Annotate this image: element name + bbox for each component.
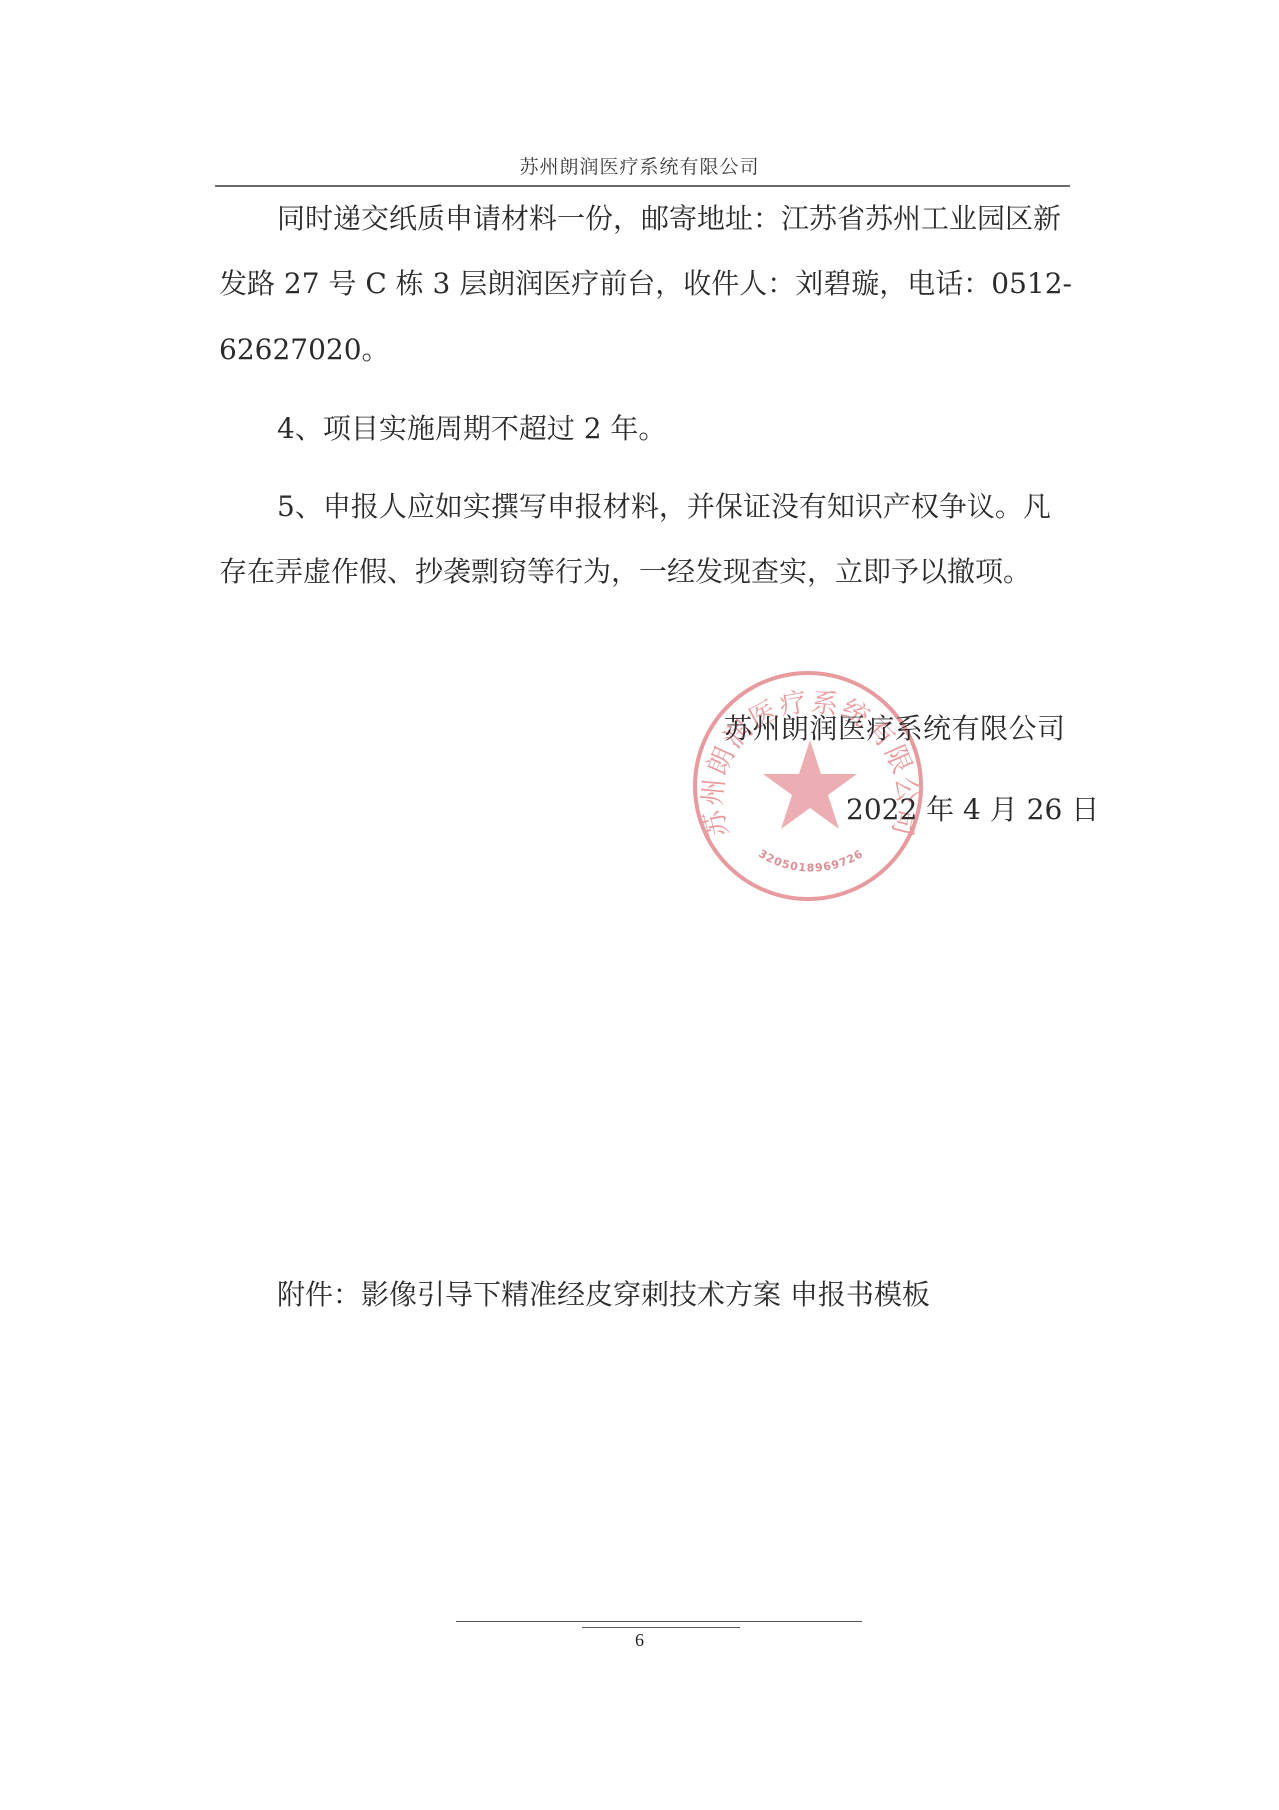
mail-paragraph-line-3: 62627020。 (219, 333, 390, 367)
header-divider (215, 185, 1070, 187)
page-number: 6 (0, 1630, 1279, 1651)
footer-divider-short (582, 1627, 740, 1628)
item-4-text: 4、项目实施周期不超过 2 年。 (277, 412, 666, 446)
company-seal-stamp: 苏州朗润医疗系统有限公司 3205018969726 (690, 666, 930, 906)
seal-star-icon (763, 740, 857, 829)
page-header-company: 苏州朗润医疗系统有限公司 (0, 152, 1279, 179)
mail-paragraph-line-2: 发路 27 号 C 栋 3 层朗润医疗前台，收件人：刘碧璇，电话：0512- (219, 267, 1067, 301)
seal-number: 3205018969726 (756, 847, 866, 875)
signature-date: 2022 年 4 月 26 日 (846, 793, 1065, 827)
item-5-line-1: 5、申报人应如实撰写申报材料，并保证没有知识产权争议。凡 (277, 490, 1067, 524)
svg-text:3205018969726: 3205018969726 (756, 847, 866, 875)
mail-paragraph-line-1: 同时递交纸质申请材料一份，邮寄地址：江苏省苏州工业园区新 (277, 202, 1067, 236)
item-5-line-2: 存在弄虚作假、抄袭剽窃等行为，一经发现查实，立即予以撤项。 (219, 555, 1031, 589)
signature-company: 苏州朗润医疗系统有限公司 (724, 712, 1065, 746)
footer-divider-long (456, 1621, 862, 1622)
attachment-note: 附件：影像引导下精准经皮穿刺技术方案 申报书模板 (277, 1278, 930, 1312)
